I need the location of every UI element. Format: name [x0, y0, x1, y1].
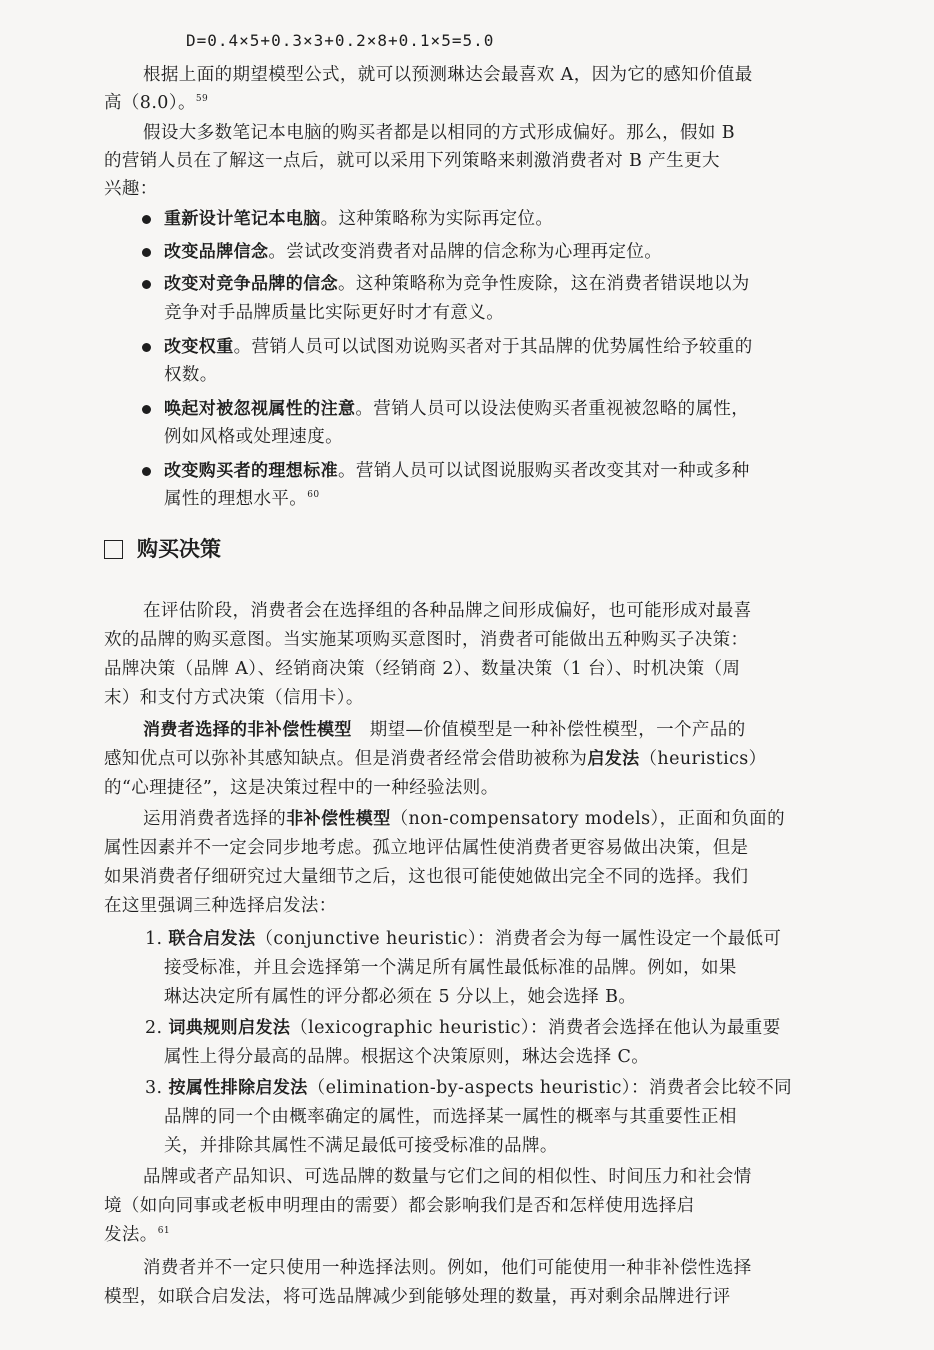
para5-line3: 如果消费者仔细研究过大量细节之后，这也很可能使她做出完全不同的选择。我们	[104, 864, 748, 890]
para6-line1: 品牌或者产品知识、可选品牌的数量与它们之间的相似性、时间压力和社会情	[143, 1164, 752, 1190]
strategy-item-cont: 权数。	[164, 362, 218, 388]
strategy-item-cont: 例如风格或处理速度。	[164, 424, 343, 450]
para7-line1: 消费者并不一定只使用一种选择法则。例如，他们可能使用一种非补偿性选择	[143, 1255, 752, 1281]
para5-line2: 属性因素并不一定会同步地考虑。孤立地评估属性使消费者更容易做出决策，但是	[104, 835, 748, 861]
strategy-item: 改变购买者的理想标准。营销人员可以试图说服购买者改变其对一种或多种	[164, 458, 750, 484]
para4-line2: 感知优点可以弥补其感知缺点。但是消费者经常会借助被称为启发法（heuristic…	[104, 746, 767, 772]
heuristic-item: 3. 按属性排除启发法（elimination-by-aspects heuri…	[145, 1075, 792, 1101]
heuristic-item-cont: 琳达决定所有属性的评分都必须在 5 分以上，她会选择 B。	[164, 984, 636, 1010]
para3-line1: 在评估阶段，消费者会在选择组的各种品牌之间形成偏好，也可能形成对最喜	[143, 598, 752, 624]
strategy-item-cont: 属性的理想水平。60	[164, 486, 319, 512]
book-page: D=0.4×5+0.3×3+0.2×8+0.1×5=5.0 根据上面的期望模型公…	[0, 0, 934, 1350]
para3-line4: 末）和支付方式决策（信用卡）。	[104, 685, 364, 711]
para4-line3: 的“心理捷径”，这是决策过程中的一种经验法则。	[104, 775, 499, 801]
bullet-icon	[142, 405, 151, 414]
para6-line3: 发法。61	[104, 1222, 170, 1248]
para2-line3: 兴趣：	[104, 176, 158, 202]
strategy-item: 改变对竞争品牌的信念。这种策略称为竞争性废除，这在消费者错误地以为	[164, 271, 750, 297]
para2-line2: 的营销人员在了解这一点后，就可以采用下列策略来刺激消费者对 B 产生更大	[104, 148, 720, 174]
bullet-icon	[142, 343, 151, 352]
footnote-61: 61	[158, 1226, 170, 1236]
para5-line1: 运用消费者选择的非补偿性模型（non-compensatory models），…	[143, 806, 785, 832]
bullet-icon	[142, 248, 151, 257]
para7-line2: 模型，如联合启发法，将可选品牌减少到能够处理的数量，再对剩余品牌进行评	[104, 1284, 731, 1310]
footnote-60: 60	[307, 490, 319, 500]
strategy-item: 唤起对被忽视属性的注意。营销人员可以设法使购买者重视被忽略的属性，	[164, 396, 749, 422]
formula: D=0.4×5+0.3×3+0.2×8+0.1×5=5.0	[186, 28, 494, 54]
heuristic-item-cont: 关，并排除其属性不满足最低可接受标准的品牌。	[164, 1133, 558, 1159]
heuristic-item-cont: 接受标准，并且会选择第一个满足所有属性最低标准的品牌。例如，如果	[164, 955, 737, 981]
para3-line2: 欢的品牌的购买意图。当实施某项购买意图时，消费者可能做出五种购买子决策：	[104, 627, 748, 653]
para1-line1: 根据上面的期望模型公式，就可以预测琳达会最喜欢 A，因为它的感知价值最	[143, 62, 753, 88]
para5-line4: 在这里强调三种选择启发法：	[104, 893, 337, 919]
strategy-item: 改变品牌信念。尝试改变消费者对品牌的信念称为心理再定位。	[164, 239, 662, 265]
bullet-icon	[142, 467, 151, 476]
bullet-icon	[142, 215, 151, 224]
para3-line3: 品牌决策（品牌 A）、经销商决策（经销商 2）、数量决策（1 台）、时机决策（周	[104, 656, 740, 682]
section-title: 购买决策	[137, 534, 221, 564]
heuristic-item: 1. 联合启发法（conjunctive heuristic）：消费者会为每一属…	[145, 926, 781, 952]
square-box-icon	[104, 540, 123, 559]
para1-line2: 高（8.0）。59	[104, 90, 208, 116]
footnote-59: 59	[196, 94, 208, 104]
heuristic-item-cont: 品牌的同一个由概率确定的属性，而选择某一属性的概率与其重要性正相	[164, 1104, 737, 1130]
heuristic-item-cont: 属性上得分最高的品牌。根据这个决策原则，琳达会选择 C。	[164, 1044, 649, 1070]
strategy-item: 改变权重。营销人员可以试图劝说购买者对于其品牌的优势属性给予较重的	[164, 334, 753, 360]
para4-line1: 消费者选择的非补偿性模型 期望—价值模型是一种补偿性模型，一个产品的	[143, 717, 746, 743]
strategy-item-cont: 竞争对手品牌质量比实际更好时才有意义。	[164, 300, 504, 326]
para6-line2: 境（如向同事或老板申明理由的需要）都会影响我们是否和怎样使用选择启	[104, 1193, 695, 1219]
heuristic-item: 2. 词典规则启发法（lexicographic heuristic）：消费者会…	[145, 1015, 781, 1041]
bullet-icon	[142, 280, 151, 289]
para2-line1: 假设大多数笔记本电脑的购买者都是以相同的方式形成偏好。那么，假如 B	[143, 120, 735, 146]
section-heading: 购买决策	[104, 534, 221, 564]
strategy-item: 重新设计笔记本电脑。这种策略称为实际再定位。	[164, 206, 553, 232]
